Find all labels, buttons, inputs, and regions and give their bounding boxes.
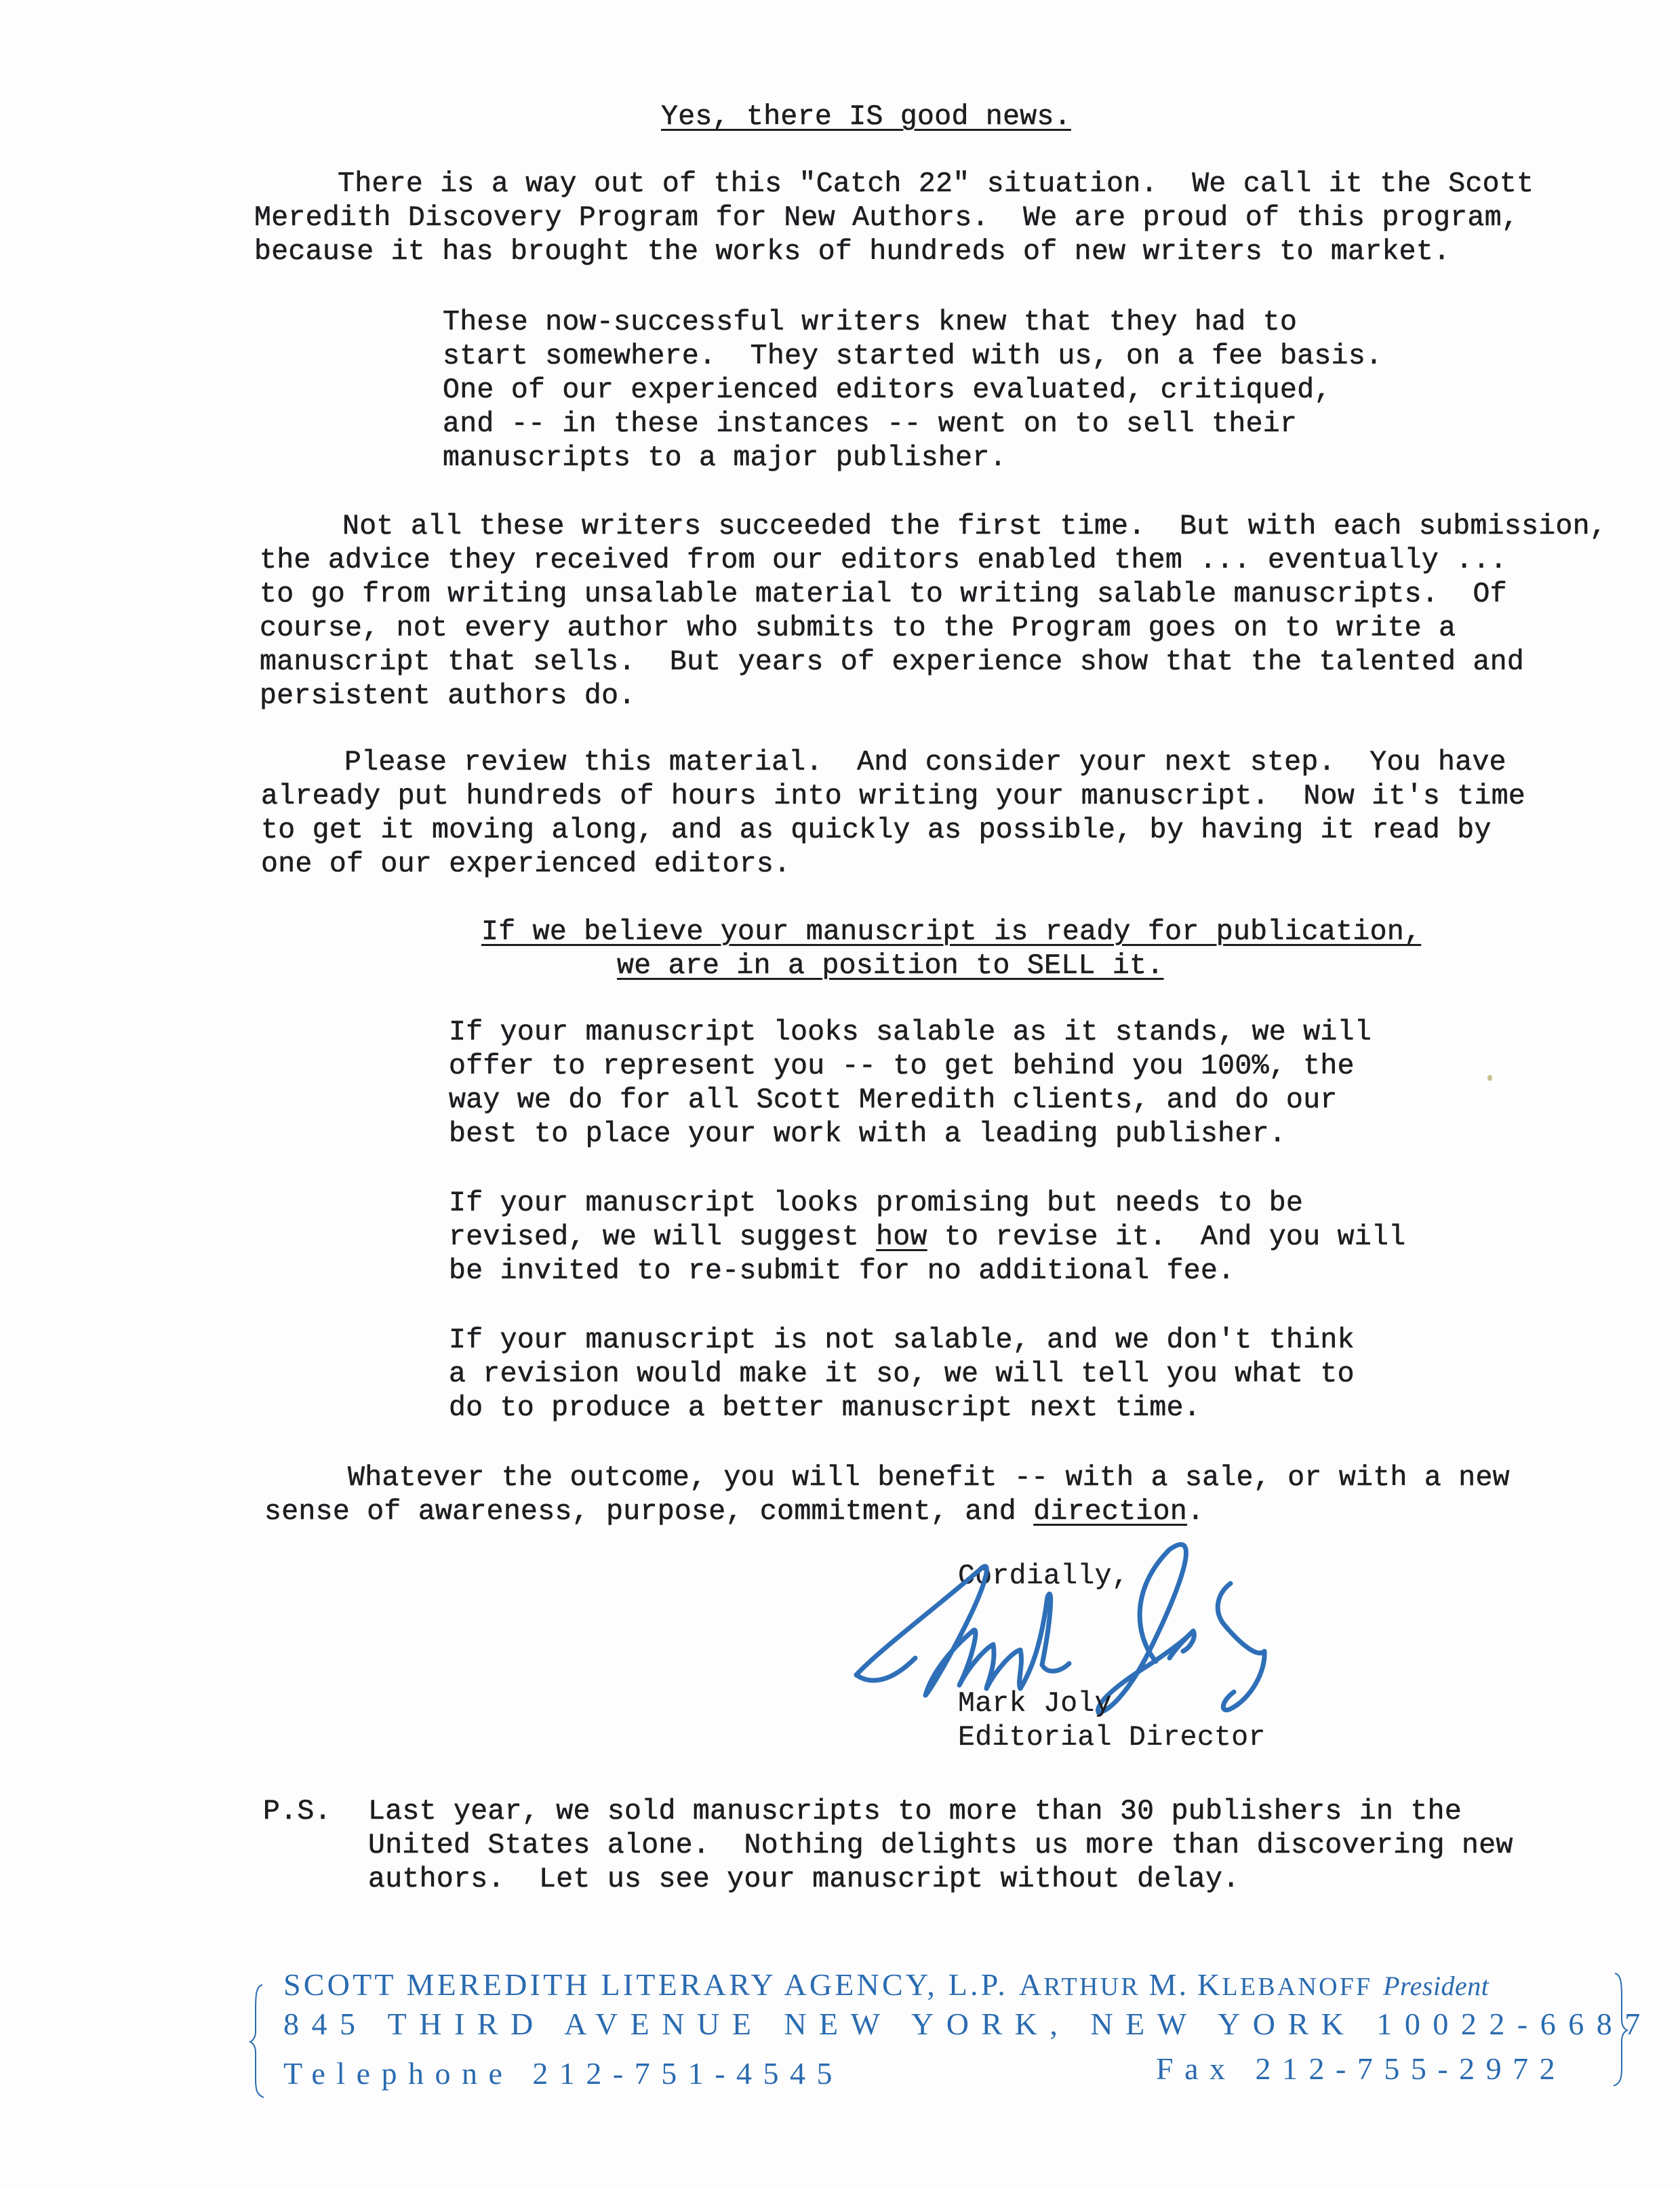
letterhead-fax: Fax 212-755-2972: [1156, 2051, 1566, 2087]
text-line: already put hundreds of hours into writi…: [261, 780, 1525, 814]
text-line: start somewhere. They started with us, o…: [443, 340, 1382, 374]
text-line: revised, we will suggest how to revise i…: [449, 1221, 1405, 1255]
emphasis-how: how: [876, 1221, 927, 1253]
agency-name: SCOTT MEREDITH LITERARY AGENCY, L.P.: [283, 1967, 1008, 2002]
president-name: ARTHUR M. KLEBANOFF: [1019, 1973, 1373, 2001]
text-line: be invited to re-submit for no additiona…: [449, 1255, 1235, 1288]
text-line: If your manuscript looks promising but n…: [449, 1187, 1303, 1221]
letter-page: Yes, there IS good news. There is a way …: [0, 0, 1680, 2189]
text-line: course, not every author who submits to …: [260, 612, 1456, 646]
text-segment: revised, we will suggest: [449, 1221, 876, 1253]
text-line: Please review this material. And conside…: [344, 746, 1506, 780]
text-line: to get it moving along, and as quickly a…: [261, 814, 1492, 848]
text-line: one of our experienced editors.: [261, 848, 791, 882]
signer-title: Editorial Director: [958, 1721, 1266, 1755]
text-line: we are in a position to SELL it.: [617, 949, 1164, 983]
text-line: If your manuscript is not salable, and w…: [449, 1324, 1355, 1358]
text-line: manuscript that sells. But years of expe…: [260, 646, 1524, 679]
heading: Yes, there IS good news.: [661, 100, 1071, 134]
text-line: United States alone. Nothing delights us…: [368, 1829, 1513, 1863]
text-line: Last year, we sold manuscripts to more t…: [368, 1795, 1462, 1829]
text-line: manuscripts to a major publisher.: [443, 441, 1007, 475]
emphasis-direction: direction: [1033, 1496, 1187, 1528]
text-line: a revision would make it so, we will tel…: [449, 1358, 1355, 1392]
president-title: President: [1383, 1971, 1489, 2001]
text-line: to go from writing unsalable material to…: [260, 578, 1507, 612]
text-line: One of our experienced editors evaluated…: [443, 374, 1332, 408]
text-line: and -- in these instances -- went on to …: [443, 408, 1297, 441]
signer-name: Mark Joly: [958, 1687, 1112, 1721]
text-line: way we do for all Scott Meredith clients…: [449, 1084, 1338, 1118]
paper-speck: [1487, 1075, 1492, 1081]
text-segment: sense of awareness, purpose, commitment,…: [264, 1496, 1033, 1528]
text-line: best to place your work with a leading p…: [449, 1118, 1286, 1151]
text-line: the advice they received from our editor…: [260, 544, 1507, 578]
postscript-label: P.S.: [263, 1795, 332, 1829]
letterhead-telephone: Telephone 212-751-4545: [283, 2055, 843, 2091]
text-line: Whatever the outcome, you will benefit -…: [348, 1461, 1510, 1495]
text-segment: .: [1187, 1496, 1204, 1528]
text-line: do to produce a better manuscript next t…: [449, 1392, 1201, 1425]
text-line: If your manuscript looks salable as it s…: [449, 1016, 1372, 1050]
left-brace-icon: [247, 1984, 268, 2099]
letterhead-address: 845 THIRD AVENUE NEW YORK, NEW YORK 1002…: [283, 2006, 1653, 2042]
text-line: because it has brought the works of hund…: [254, 235, 1450, 269]
text-segment: to revise it. And you will: [927, 1221, 1406, 1253]
text-line: Meredith Discovery Program for New Autho…: [254, 201, 1519, 235]
text-line: There is a way out of this "Catch 22" si…: [338, 167, 1534, 201]
text-line: sense of awareness, purpose, commitment,…: [264, 1495, 1204, 1529]
letterhead-agency-line: SCOTT MEREDITH LITERARY AGENCY, L.P. ART…: [283, 1967, 1489, 2003]
text-line: persistent authors do.: [260, 679, 636, 713]
text-line: Not all these writers succeeded the firs…: [342, 510, 1607, 544]
text-line: These now-successful writers knew that t…: [443, 306, 1297, 340]
text-line: offer to represent you -- to get behind …: [449, 1050, 1355, 1084]
text-line: If we believe your manuscript is ready f…: [481, 915, 1421, 949]
text-line: authors. Let us see your manuscript with…: [368, 1863, 1239, 1897]
